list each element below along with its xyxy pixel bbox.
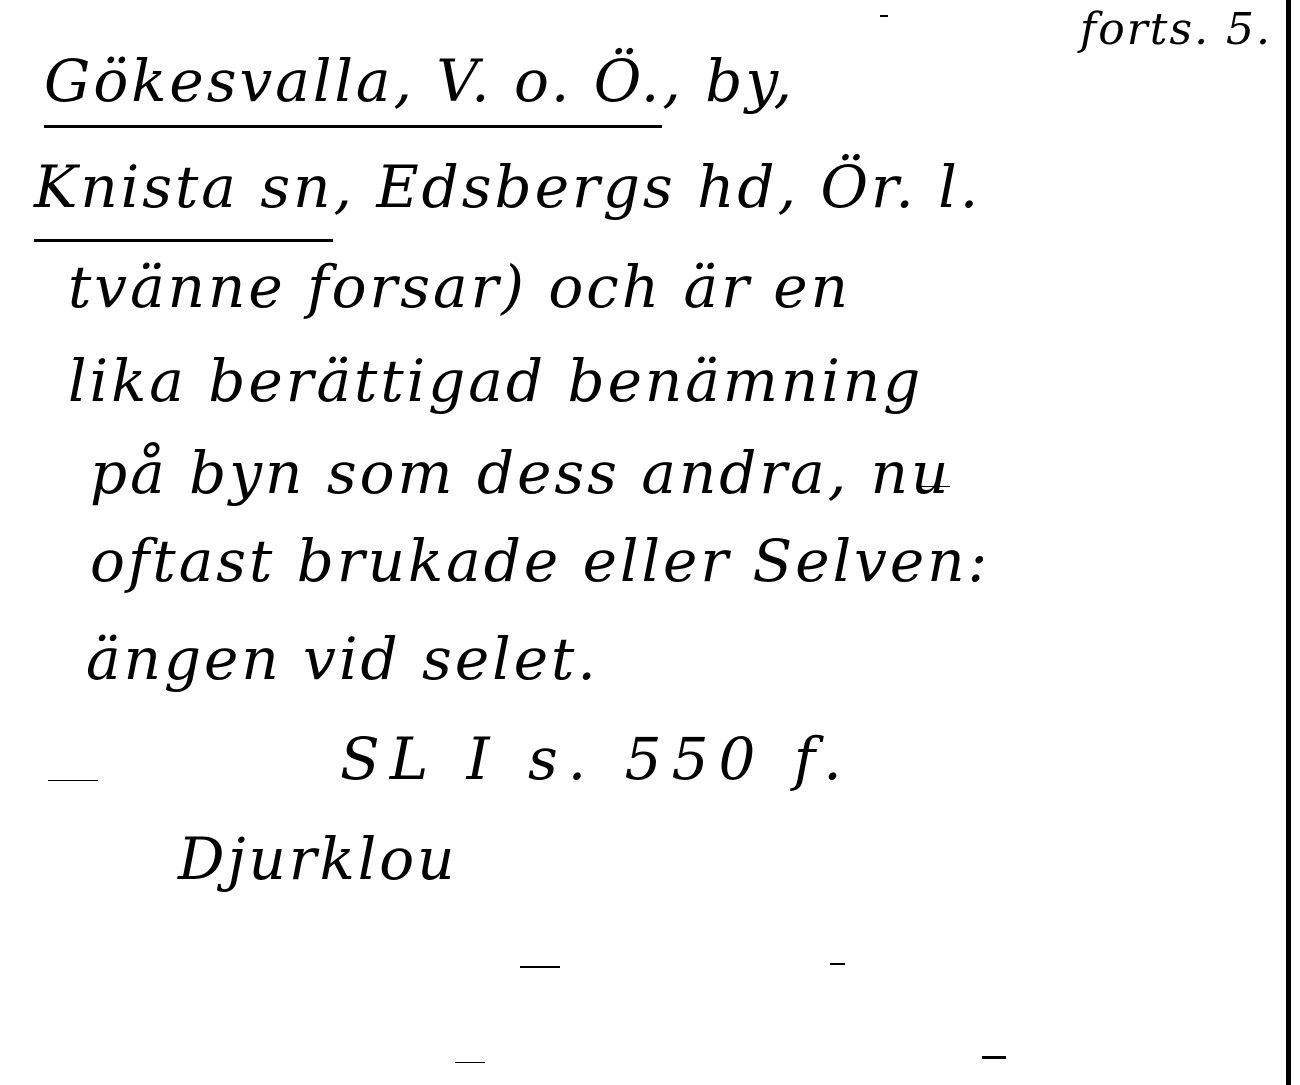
location-line: Knista sn, Edsbergs hd, Ör. l. (34, 158, 981, 216)
continuation-note: forts. 5. (1080, 8, 1272, 52)
scan-speck (48, 780, 98, 781)
region-abbreviation: V. o. Ö. (436, 47, 662, 115)
body-line-3: på byn som dess andra, nu (90, 444, 951, 502)
body-line-1: tvänne forsar) och är en (68, 258, 851, 316)
scan-speck (982, 1056, 1006, 1059)
scan-speck (920, 486, 950, 487)
place-name: Gökesvalla (44, 47, 394, 115)
body-line-4: oftast brukade eller Selven: (90, 532, 990, 590)
county: Ör. l. (820, 153, 981, 221)
card-right-edge (1286, 0, 1291, 1085)
place-type: by (705, 47, 773, 115)
signature: Djurklou (178, 830, 458, 888)
body-line-2: lika berättigad benämning (68, 352, 923, 410)
scan-speck (455, 1062, 485, 1063)
source-reference: SL I s. 550 f. (340, 730, 852, 788)
parish: Knista sn (34, 153, 333, 242)
body-line-5: ängen vid selet. (86, 630, 599, 688)
scan-speck (830, 963, 845, 965)
scan-speck (880, 15, 888, 17)
archive-card: forts. 5. Gökesvalla, V. o. Ö., by, Knis… (0, 0, 1300, 1085)
hundred: Edsbergs hd (376, 153, 777, 221)
title-underlined: Gökesvalla, V. o. Ö. (44, 47, 662, 128)
scan-speck (520, 966, 560, 968)
card-title-line: Gökesvalla, V. o. Ö., by, (44, 52, 795, 110)
